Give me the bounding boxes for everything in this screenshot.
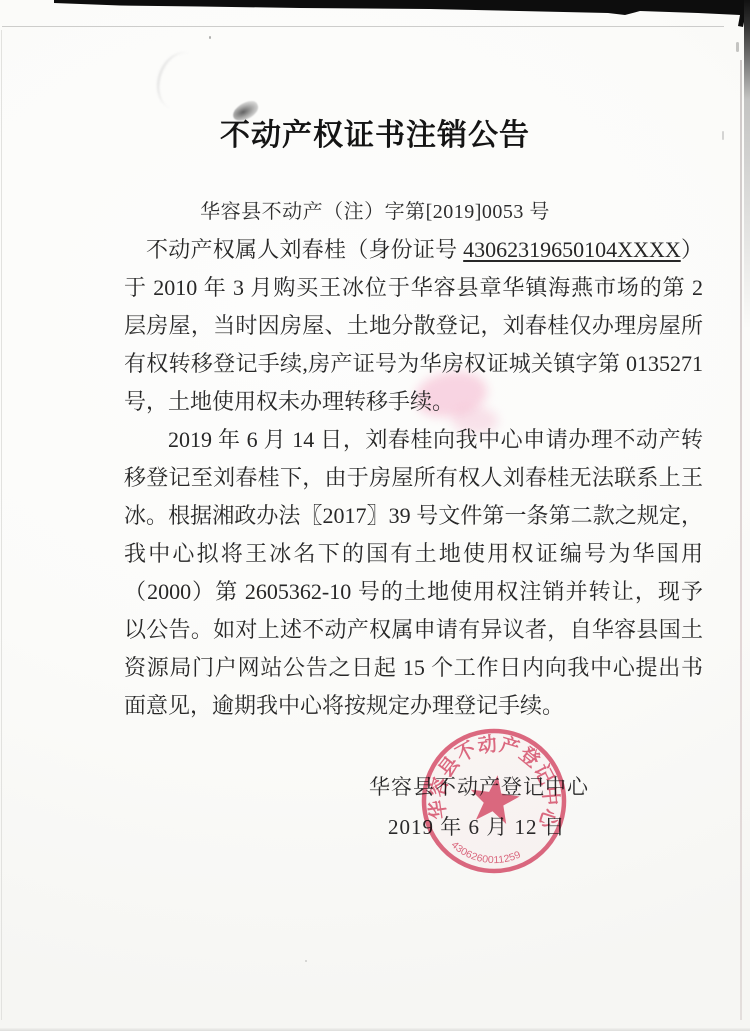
scan-artifact-speck	[305, 960, 307, 962]
document-number: 华容县不动产（注）字第[2019]0053 号	[0, 195, 750, 224]
scan-artifact-fold-mark	[150, 47, 210, 116]
scan-artifact-speck	[209, 36, 211, 39]
scan-artifact-left-line	[1, 30, 2, 1020]
para1-text-before: 不动产权属人刘春桂（身份证号	[146, 237, 463, 262]
scan-artifact-hairline	[2, 26, 724, 27]
official-seal: 华容县不动产登记中心 4306260011259	[408, 715, 580, 887]
document-title: 不动产权证书注销公告	[0, 110, 750, 154]
para1-text-after: ）于 2010 年 3 月购买王冰位于华容县章华镇海燕市场的第 2 层房屋，当时…	[124, 237, 703, 414]
scan-artifact-speck	[736, 42, 739, 52]
scan-artifact-right-corner	[744, 0, 750, 330]
paragraph-1: 不动产权属人刘春桂（身份证号 43062319650104XXXX）于 2010…	[124, 231, 703, 421]
scanned-document-page: 不动产权证书注销公告 华容县不动产（注）字第[2019]0053 号 不动产权属…	[0, 0, 750, 1031]
paragraph-2: 2019 年 6 月 14 日，刘春桂向我中心申请办理不动产转移登记至刘春桂下，…	[124, 421, 703, 725]
id-number-underlined: 43062319650104XXXX	[463, 237, 681, 262]
document-body: 不动产权属人刘春桂（身份证号 43062319650104XXXX）于 2010…	[124, 231, 703, 725]
